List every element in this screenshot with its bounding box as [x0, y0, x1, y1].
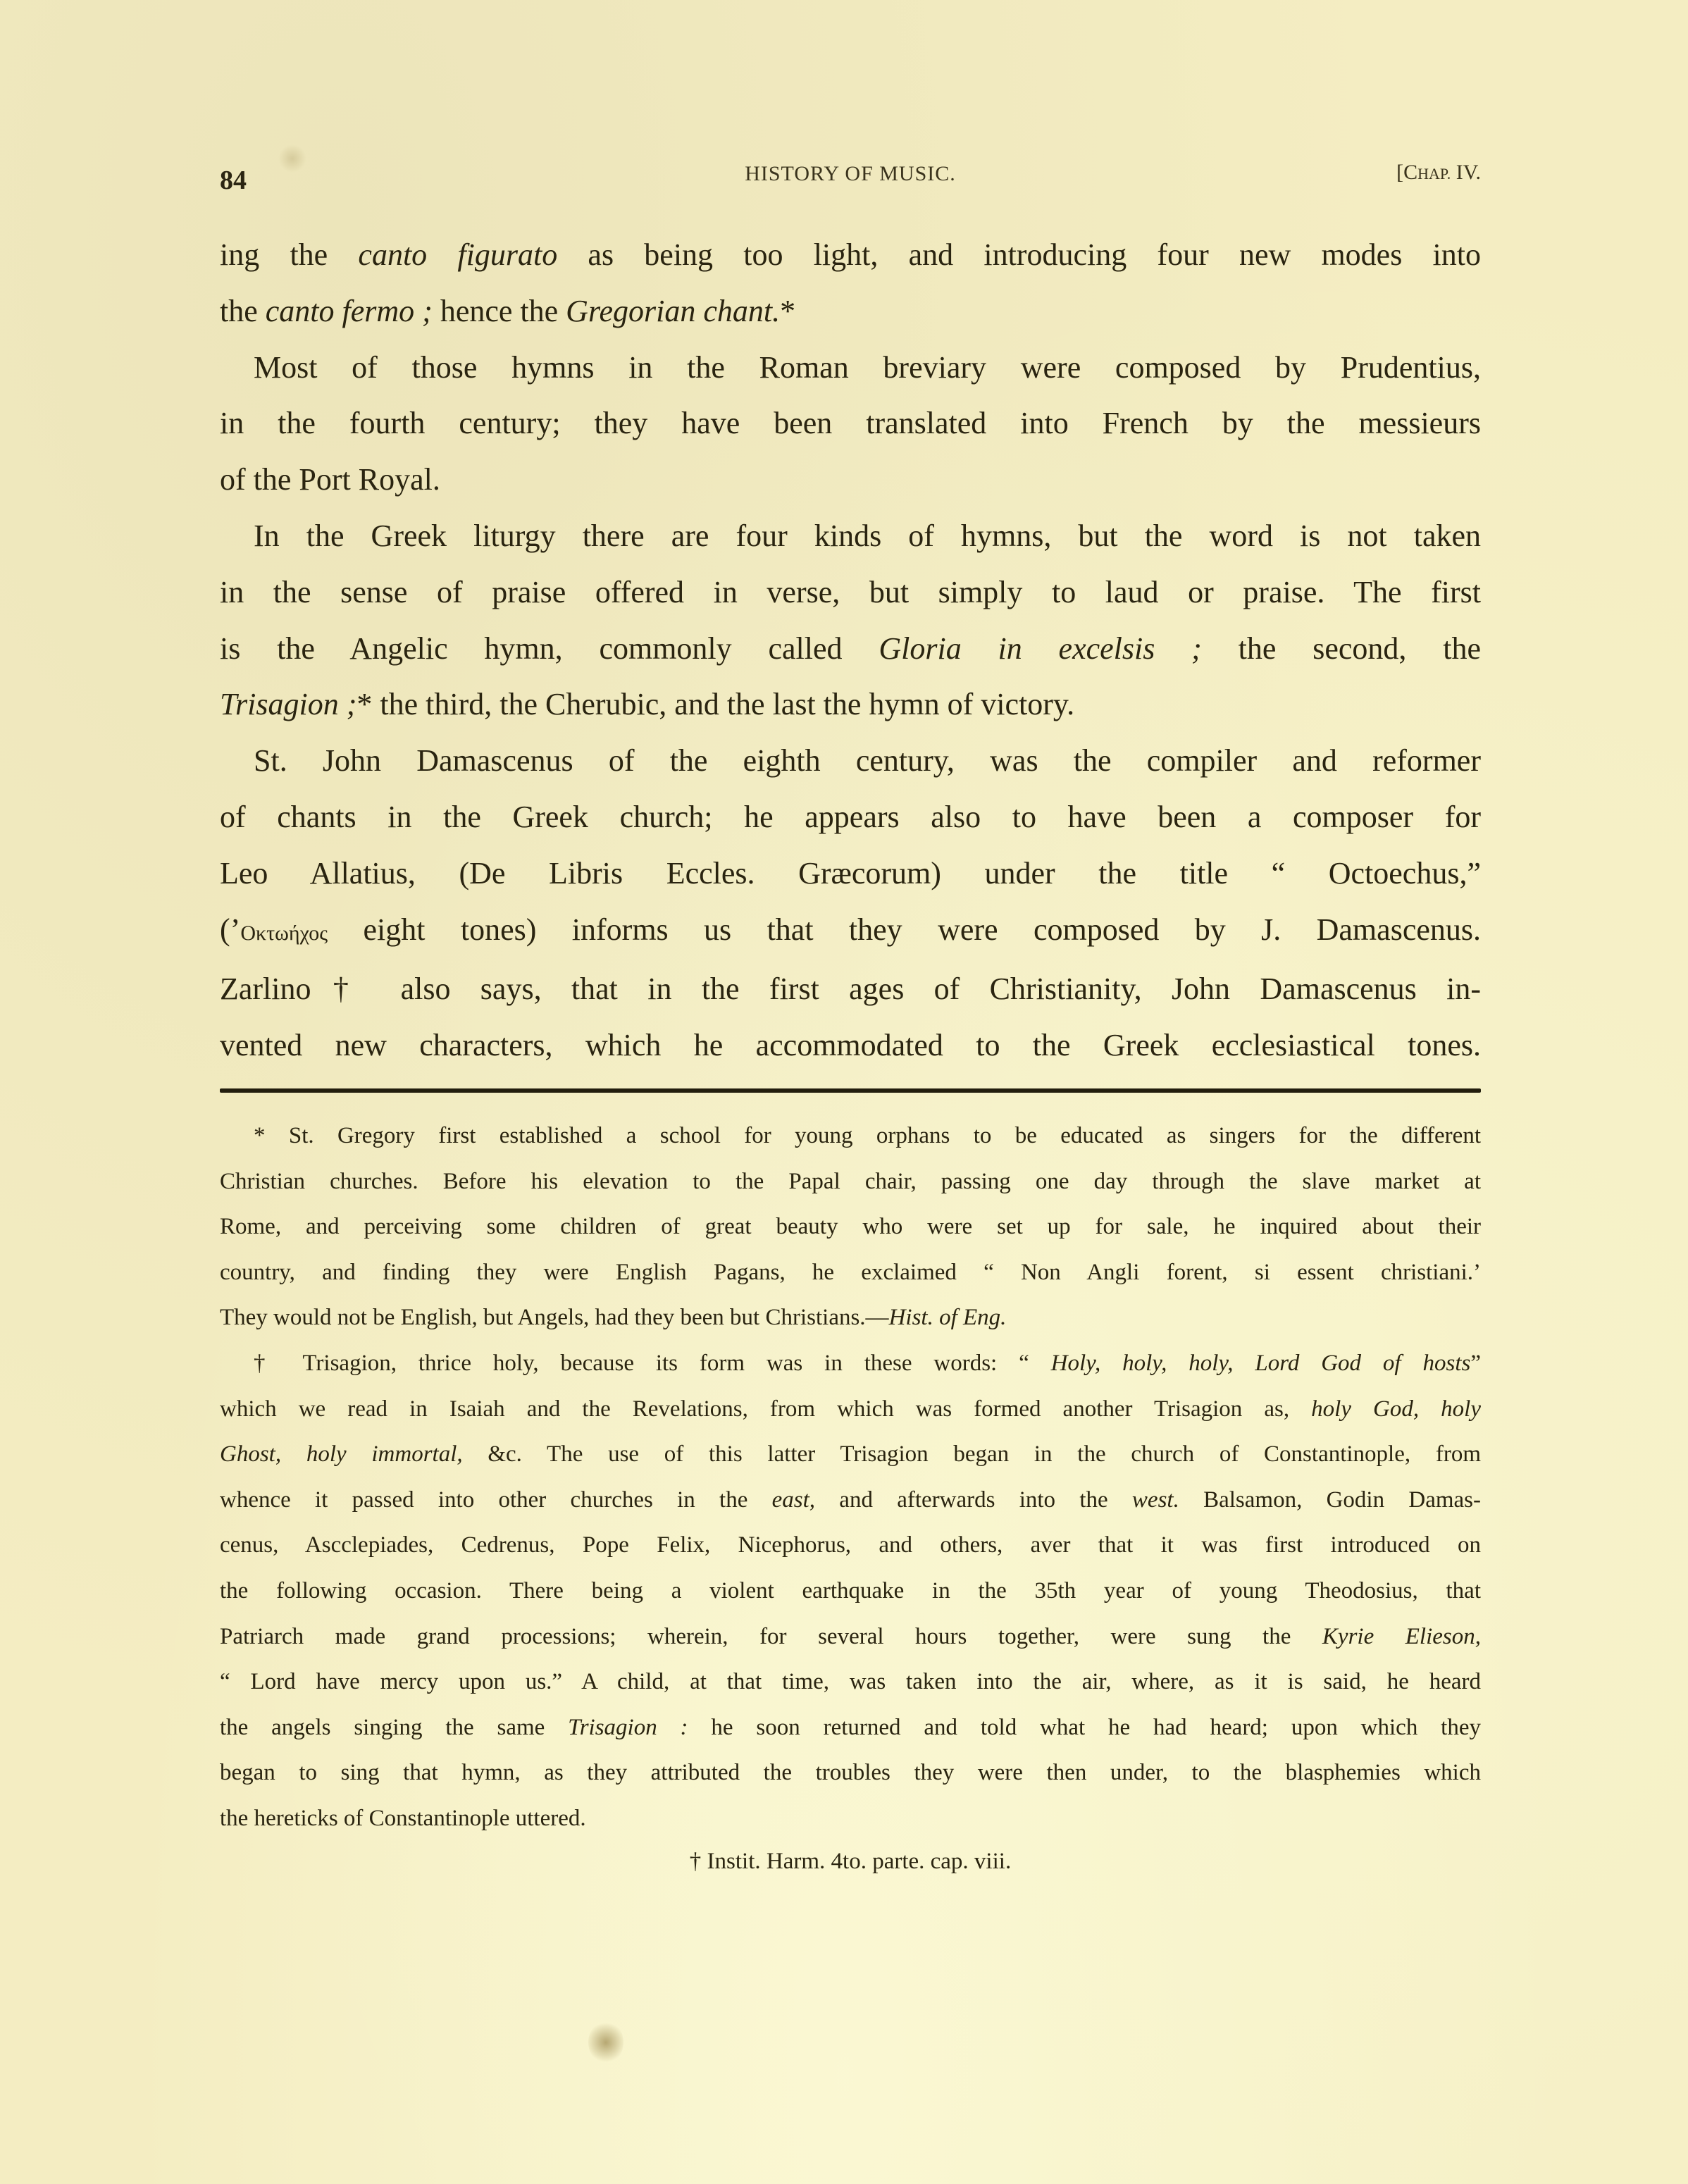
- footnote-line: began to sing that hymn, as they attribu…: [220, 1750, 1481, 1796]
- footnote-line: the following occasion. There being a vi…: [220, 1568, 1481, 1614]
- chapter-prefix: [C: [1396, 161, 1417, 184]
- paragraph-4: St. John Damascenus of the eighth centur…: [220, 733, 1481, 1074]
- footnote-line: They would not be English, but Angels, h…: [220, 1295, 1481, 1341]
- text-line: is the Angelic hymn, commonly called Glo…: [220, 621, 1481, 677]
- text-line: Trisagion ;* the third, the Cherubic, an…: [220, 676, 1481, 733]
- footnote-line: country, and finding they were English P…: [220, 1250, 1481, 1296]
- main-text: ing the canto figurato as being too ligh…: [220, 227, 1481, 1074]
- footnote-citation: † Instit. Harm. 4to. parte. cap. viii.: [220, 1844, 1481, 1879]
- text-line: Leo Allatius, (De Libris Eccles. Græcoru…: [220, 845, 1481, 902]
- text-line: in the sense of praise offered in verse,…: [220, 564, 1481, 621]
- text-line: in the fourth century; they have been tr…: [220, 395, 1481, 452]
- text-line: of chants in the Greek church; he appear…: [220, 789, 1481, 845]
- footnote-divider: [220, 1088, 1481, 1093]
- footnote-line: Christian churches. Before his elevation…: [220, 1159, 1481, 1205]
- text-line: St. John Damascenus of the eighth centur…: [220, 733, 1481, 789]
- footnote-line: the hereticks of Constantinople uttered.: [220, 1796, 1481, 1842]
- paragraph-1: ing the canto figurato as being too ligh…: [220, 227, 1481, 340]
- text-line: the canto fermo ; hence the Gregorian ch…: [220, 283, 1481, 340]
- footnote-line: cenus, Ascclepiades, Cedrenus, Pope Feli…: [220, 1522, 1481, 1568]
- footnote-marker-star: *: [780, 294, 795, 328]
- footnotes: * St. Gregory first established a school…: [220, 1113, 1481, 1842]
- text-line: of the Port Royal.: [220, 452, 1481, 508]
- text-line: In the Greek liturgy there are four kind…: [220, 508, 1481, 564]
- footnote-line: † Trisagion, thrice holy, because its fo…: [220, 1341, 1481, 1386]
- footnote-marker-dagger: †: [311, 972, 371, 1006]
- running-head: 84 HISTORY OF MUSIC. [CHAP. IV.: [220, 156, 1481, 192]
- text-line: Zarlino† also says, that in the first ag…: [220, 961, 1481, 1017]
- footnote-line: whence it passed into other churches in …: [220, 1477, 1481, 1523]
- chapter-number: IV.: [1451, 161, 1481, 184]
- text-line: vented new characters, which he accommod…: [220, 1017, 1481, 1074]
- chapter-smallcaps: HAP.: [1417, 165, 1451, 182]
- text-line: ing the canto figurato as being too ligh…: [220, 227, 1481, 283]
- footnote-line: Rome, and perceiving some children of gr…: [220, 1204, 1481, 1250]
- footnote-line: the angels singing the same Trisagion : …: [220, 1705, 1481, 1751]
- page-stain: [588, 2021, 623, 2064]
- footnote-line: “ Lord have mercy upon us.” A child, at …: [220, 1659, 1481, 1705]
- footnote-dagger: † Trisagion, thrice holy, because its fo…: [220, 1341, 1481, 1842]
- paragraph-3: In the Greek liturgy there are four kind…: [220, 508, 1481, 733]
- text-line: (’Οκτωήχος eight tones) informs us that …: [220, 902, 1481, 962]
- footnote-line: Ghost, holy immortal, &c. The use of thi…: [220, 1432, 1481, 1477]
- book-page: 84 HISTORY OF MUSIC. [CHAP. IV. ing the …: [0, 0, 1688, 2184]
- footnote-line: Patriarch made grand processions; wherei…: [220, 1614, 1481, 1660]
- running-title: HISTORY OF MUSIC.: [220, 162, 1481, 186]
- greek-word: Οκτωήχος: [240, 922, 328, 945]
- footnote-line: * St. Gregory first established a school…: [220, 1113, 1481, 1159]
- chapter-mark: [CHAP. IV.: [1396, 161, 1481, 185]
- footnote-marker-star: *: [356, 687, 372, 721]
- paragraph-2: Most of those hymns in the Roman breviar…: [220, 340, 1481, 508]
- text-line: Most of those hymns in the Roman breviar…: [220, 340, 1481, 396]
- footnote-line: which we read in Isaiah and the Revelati…: [220, 1386, 1481, 1432]
- footnote-star: * St. Gregory first established a school…: [220, 1113, 1481, 1341]
